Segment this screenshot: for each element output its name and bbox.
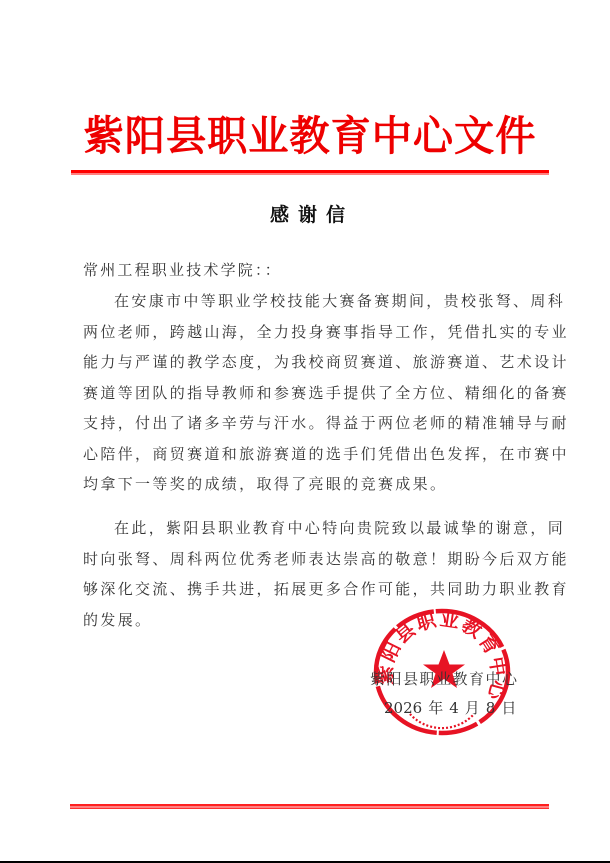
date-month: 4 (449, 699, 459, 717)
paragraph-line: 够深化交流、携手共进，拓展更多合作可能，共同助力职业教育 (83, 574, 531, 605)
date-year: 2026 (384, 699, 422, 717)
signature-date: 2026年4月8日 (384, 697, 522, 719)
paragraph-line: 能力与严谨的教学态度，为我校商贸赛道、旅游赛道、艺术设计 (83, 347, 531, 378)
paragraph-line: 赛道等团队的指导教师和参赛选手提供了全方位、精细化的备赛 (83, 378, 531, 409)
paragraph-1: 在安康市中等职业学校技能大赛备赛期间，贵校张弩、周科 两位老师，跨越山海，全力投… (83, 286, 531, 500)
date-day: 8 (486, 699, 496, 717)
date-month-unit: 月 (465, 699, 480, 717)
signature-organization: 紫阳县职业教育中心 (370, 668, 519, 690)
paragraph-line: 两位老师，跨越山海，全力投身赛事指导工作，凭借扎实的专业 (83, 317, 531, 348)
paragraph-line: 时向张弩、周科两位优秀老师表达崇高的敬意！期盼今后双方能 (83, 544, 531, 575)
letter-title: 感谢信 (0, 200, 610, 230)
document-masthead: 紫阳县职业教育中心文件 (75, 108, 545, 164)
salutation: 常州工程职业技术学院：： (83, 259, 282, 281)
date-year-unit: 年 (428, 699, 443, 717)
paragraph-line: 均拿下一等奖的成绩，取得了亮眼的竞赛成果。 (83, 469, 531, 500)
footer-divider-lower (70, 808, 549, 809)
paragraph-line: 在安康市中等职业学校技能大赛备赛期间，贵校张弩、周科 (83, 286, 531, 317)
date-day-unit: 日 (501, 699, 516, 717)
paragraph-line: 支持，付出了诸多辛劳与汗水。得益于两位老师的精准辅导与耐 (83, 408, 531, 439)
document-page: 紫阳县职业教育中心文件 感谢信 常州工程职业技术学院：： 在安康市中等职业学校技… (0, 0, 610, 862)
paragraph-line: 在此，紫阳县职业教育中心特向贵院致以最诚挚的谢意，同 (83, 513, 531, 544)
masthead-divider-shadow (71, 173, 549, 175)
paragraph-line: 心陪伴，商贸赛道和旅游赛道的选手们凭借出色发挥，在市赛中 (83, 439, 531, 470)
